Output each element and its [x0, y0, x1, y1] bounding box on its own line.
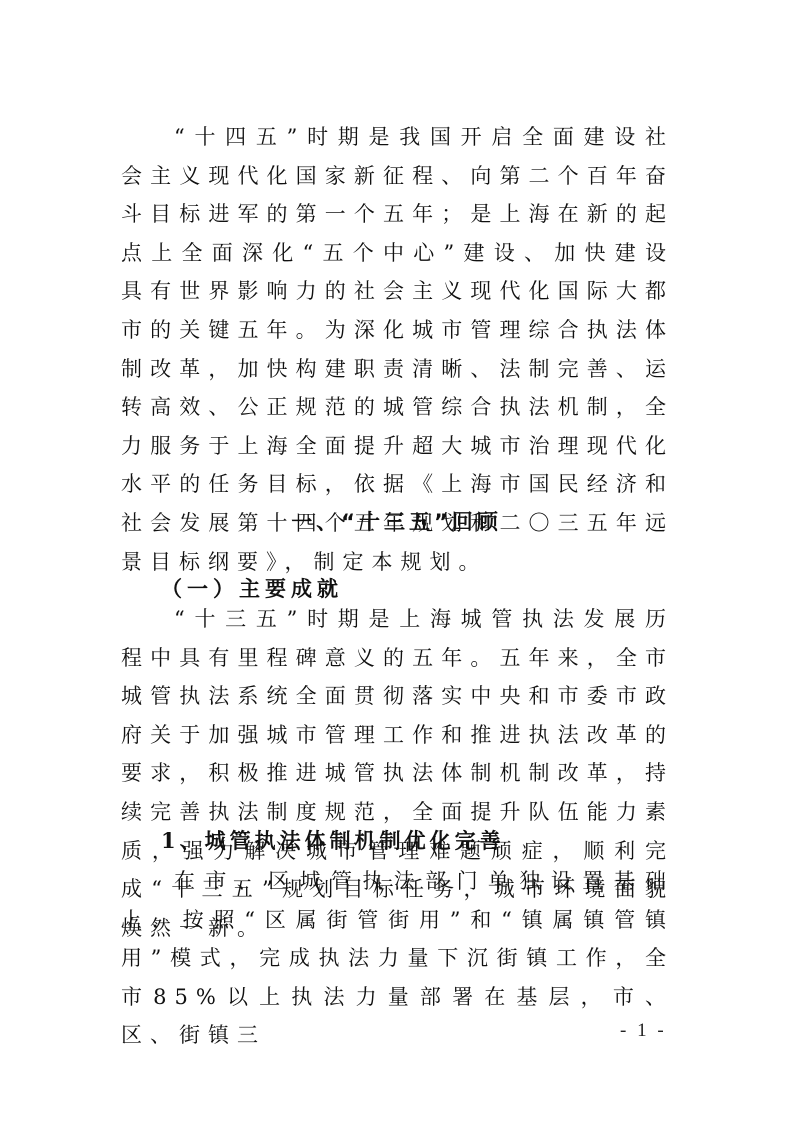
item-heading: 1、城管执法体制机制优化完善: [161, 822, 505, 860]
section-heading: 一、“十三五”回顾: [0, 503, 793, 541]
document-page: “十四五”时期是我国开启全面建设社会主义现代化国家新征程、向第二个百年奋斗目标进…: [0, 0, 793, 1122]
page-number: - 1 -: [620, 1020, 667, 1042]
item-paragraph: 在市、区城管执法部门单独设置基础上，按照“区属街管街用”和“镇属镇管镇用”模式，…: [121, 862, 674, 1055]
